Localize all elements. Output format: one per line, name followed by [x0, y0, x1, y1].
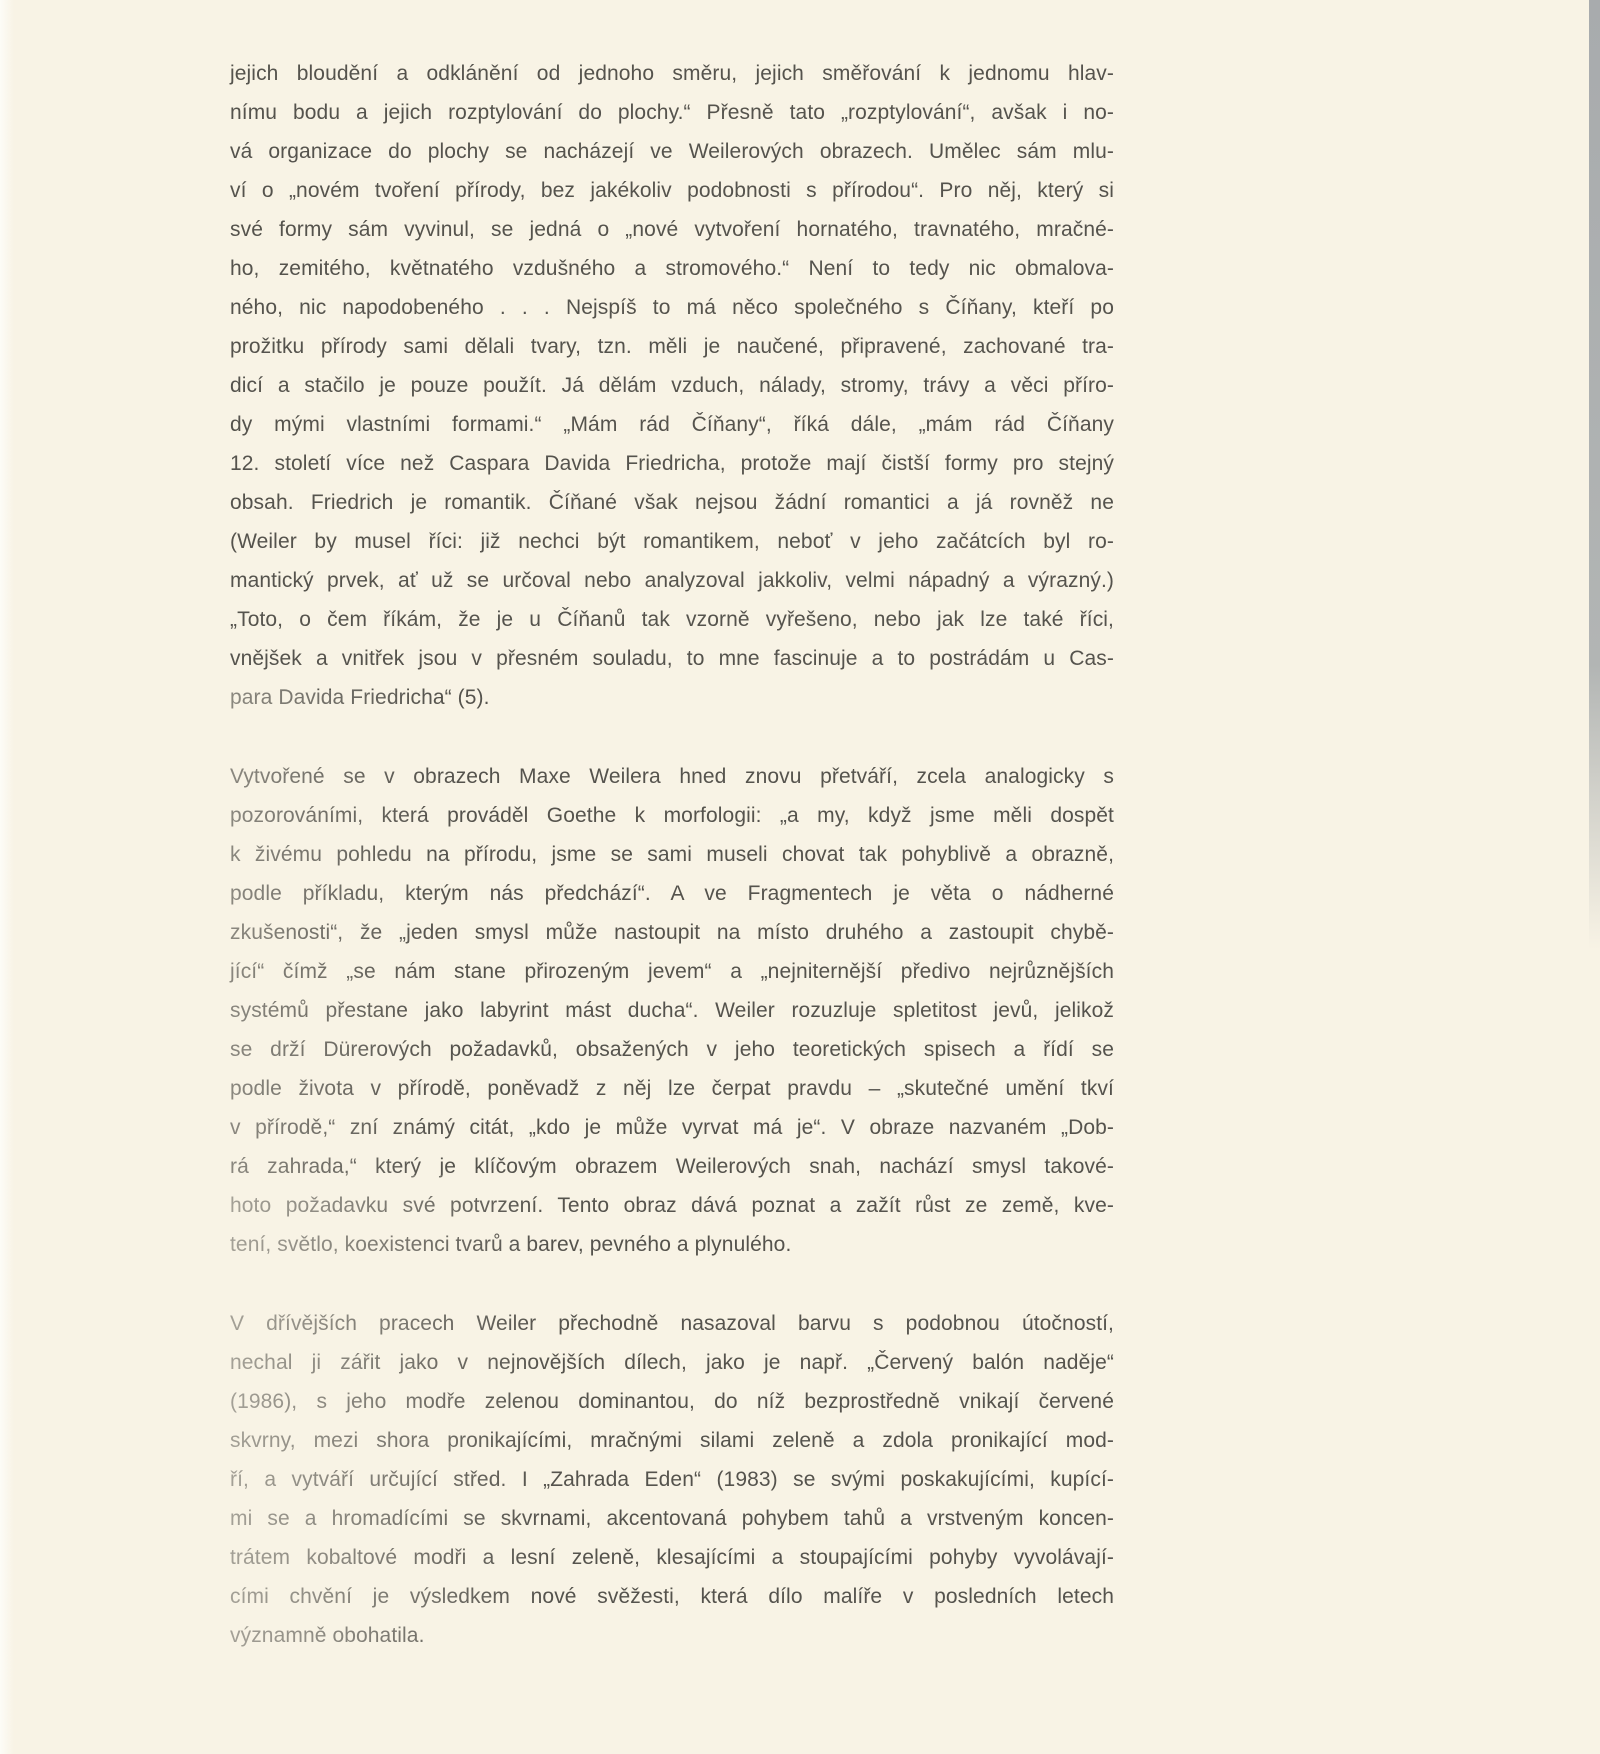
text-line: (Weiler by musel říci: již nechci být ro… [230, 522, 1114, 561]
text-line: rá zahrada,“ který je klíčovým obrazem W… [230, 1147, 1114, 1186]
text-line: vnějšek a vnitřek jsou v přesném souladu… [230, 639, 1114, 678]
text-line: jejich bloudění a odklánění od jednoho s… [230, 54, 1114, 93]
text-line: skvrny, mezi shora pronikajícími, mračný… [230, 1421, 1114, 1460]
text-line: (1986), s jeho modře zelenou dominantou,… [230, 1382, 1114, 1421]
paragraph-2: Vytvořené se v obrazech Maxe Weilera hne… [230, 757, 1114, 1264]
text-line: prožitku přírody sami dělali tvary, tzn.… [230, 327, 1114, 366]
text-line: k živému pohledu na přírodu, jsme se sam… [230, 835, 1114, 874]
text-line: podle života v přírodě, poněvadž z něj l… [230, 1069, 1114, 1108]
text-line: ného, nic napodobeného . . . Nejspíš to … [230, 288, 1114, 327]
scanned-book-page: jejich bloudění a odklánění od jednoho s… [0, 0, 1600, 1754]
text-line: významně obohatila. [230, 1616, 1114, 1655]
text-line: dicí a stačilo je pouze použít. Já dělám… [230, 366, 1114, 405]
text-line: „Toto, o čem říkám, že je u Číňanů tak v… [230, 600, 1114, 639]
paragraph-3: V dřívějších pracech Weiler přechodně na… [230, 1304, 1114, 1655]
text-line: mi se a hromadícími se skvrnami, akcento… [230, 1499, 1114, 1538]
text-line: tení, světlo, koexistenci tvarů a barev,… [230, 1225, 1114, 1264]
text-line: ří, a vytváří určující střed. I „Zahrada… [230, 1460, 1114, 1499]
text-line: cími chvění je výsledkem nové svěžesti, … [230, 1577, 1114, 1616]
text-line: V dřívějších pracech Weiler přechodně na… [230, 1304, 1114, 1343]
text-line: v přírodě,“ zní známý citát, „kdo je můž… [230, 1108, 1114, 1147]
text-line: mantický prvek, ať už se určoval nebo an… [230, 561, 1114, 600]
text-line: systémů přestane jako labyrint mást duch… [230, 991, 1114, 1030]
text-line: se drží Dürerových požadavků, obsažených… [230, 1030, 1114, 1069]
text-line: své formy sám vyvinul, se jedná o „nové … [230, 210, 1114, 249]
paragraph-1: jejich bloudění a odklánění od jednoho s… [230, 54, 1114, 717]
text-line: pozorováními, která prováděl Goethe k mo… [230, 796, 1114, 835]
text-line: Vytvořené se v obrazech Maxe Weilera hne… [230, 757, 1114, 796]
text-line: vá organizace do plochy se nacházejí ve … [230, 132, 1114, 171]
text-line: nechal ji zářit jako v nejnovějších díle… [230, 1343, 1114, 1382]
text-line: 12. století více než Caspara Davida Frie… [230, 444, 1114, 483]
text-line: ho, zemitého, květnatého vzdušného a str… [230, 249, 1114, 288]
text-line: trátem kobaltové modři a lesní zeleně, k… [230, 1538, 1114, 1577]
text-line: jící“ čímž „se nám stane přirozeným jeve… [230, 952, 1114, 991]
scan-background-edge [1589, 0, 1600, 950]
text-line: dy mými vlastními formami.“ „Mám rád Číň… [230, 405, 1114, 444]
text-line: podle příkladu, kterým nás předchází“. A… [230, 874, 1114, 913]
text-line: ví o „novém tvoření přírody, bez jakékol… [230, 171, 1114, 210]
text-line: para Davida Friedricha“ (5). [230, 678, 1114, 717]
text-block: jejich bloudění a odklánění od jednoho s… [230, 54, 1114, 1655]
text-line: obsah. Friedrich je romantik. Číňané vša… [230, 483, 1114, 522]
text-line: nímu bodu a jejich rozptylování do ploch… [230, 93, 1114, 132]
text-line: zkušenosti“, že „jeden smysl může nastou… [230, 913, 1114, 952]
text-line: hoto požadavku své potvrzení. Tento obra… [230, 1186, 1114, 1225]
page-left-edge [0, 0, 14, 1754]
